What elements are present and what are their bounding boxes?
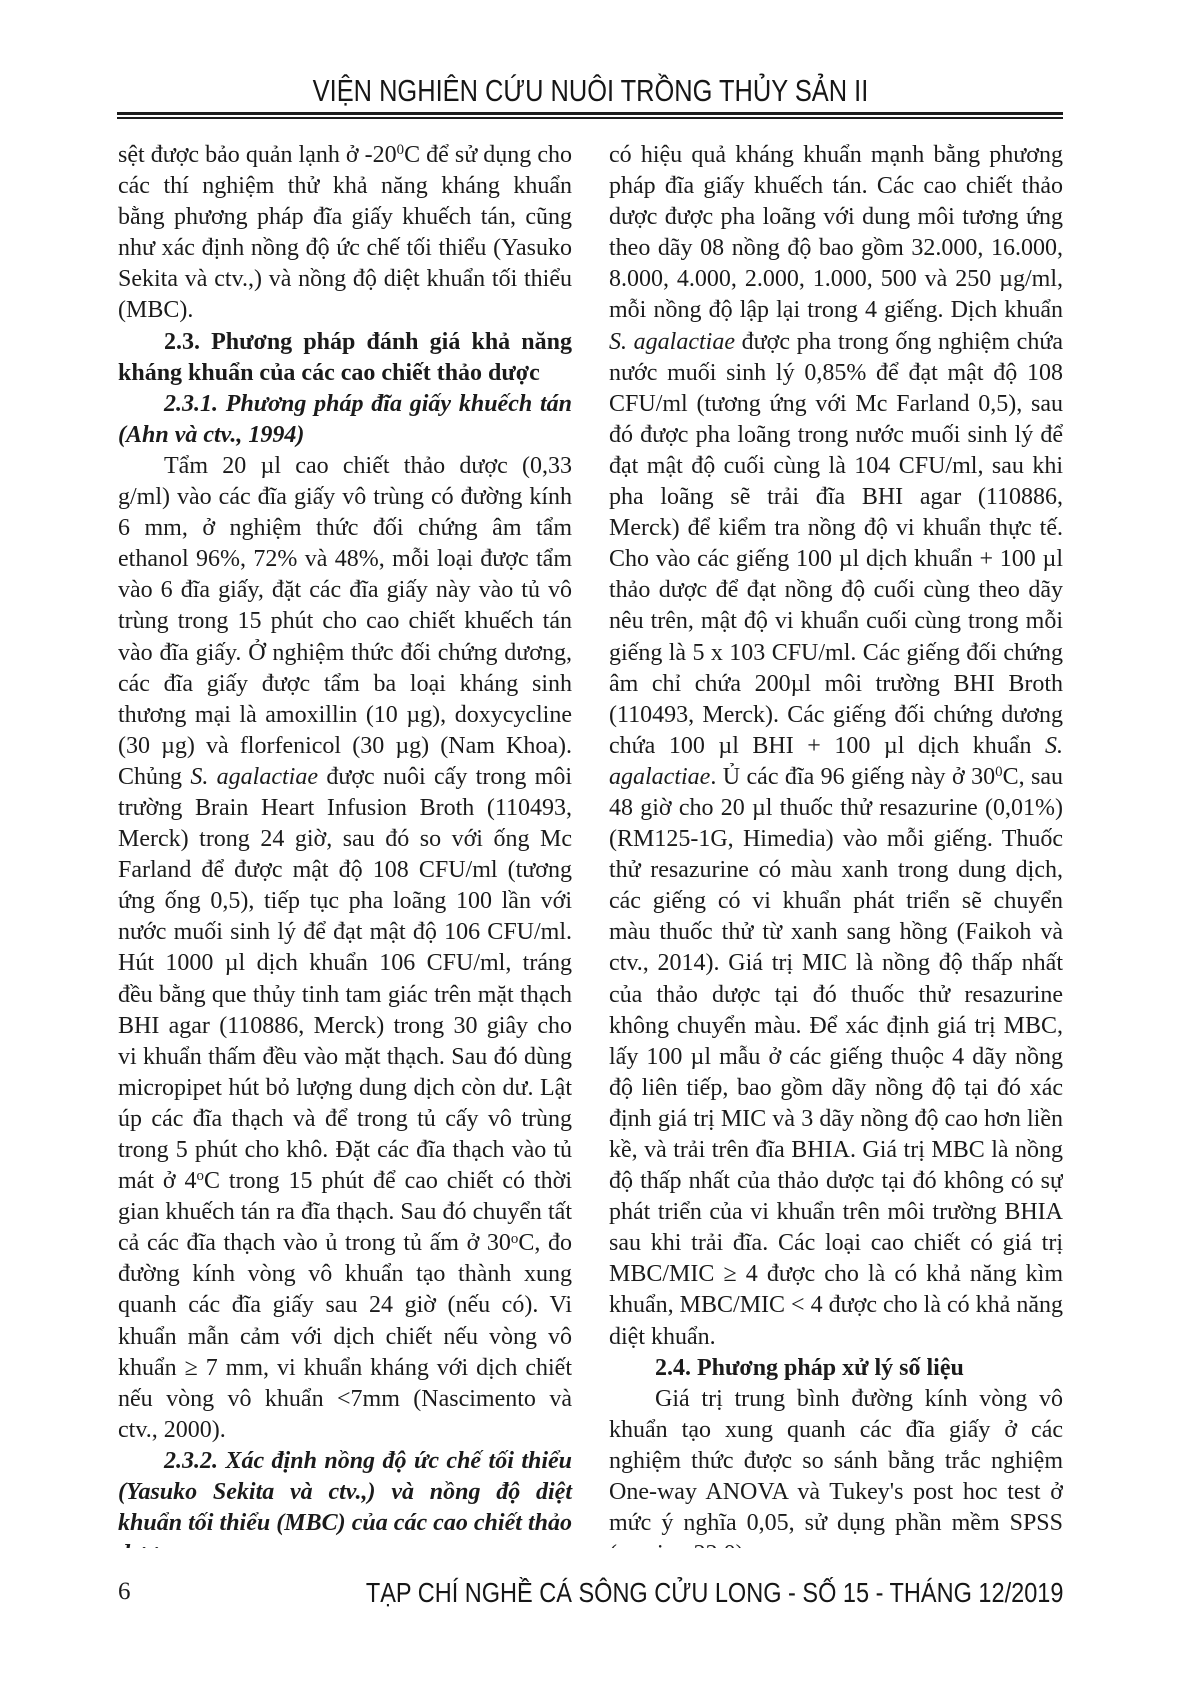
text-run: . Ủ các đĩa 96 giếng này ở 30 (710, 764, 995, 790)
text-run: 2.4. Phương pháp xử lý số liệu (655, 1355, 964, 1381)
text-run: C, đo đường kính vòng vô khuẩn tạo thành… (118, 1230, 572, 1443)
para-storage-continuation: sệt được bảo quản lạnh ở -200C để sử dụn… (118, 140, 572, 327)
journal-page: VIỆN NGHIÊN CỨU NUÔI TRỒNG THỦY SẢN II s… (0, 0, 1181, 1683)
two-column-text-block: sệt được bảo quản lạnh ở -200C để sử dụn… (118, 140, 1063, 1548)
left-column: sệt được bảo quản lạnh ở -200C để sử dụn… (118, 140, 572, 1548)
superscript-run: o (197, 1168, 204, 1184)
heading-2-3: 2.3. Phương pháp đánh giá khả năng kháng… (118, 327, 572, 389)
text-run: C, sau 48 giờ cho 20 µl thuốc thử resazu… (609, 764, 1063, 1350)
superscript-run: 0 (995, 764, 1002, 780)
text-run: C để sử dụng cho các thí nghiệm thử khả … (118, 142, 572, 323)
text-run: có hiệu quả kháng khuẩn mạnh bằng phương… (609, 142, 1063, 323)
superscript-run: o (511, 1231, 518, 1247)
text-run: 2.3. Phương pháp đánh giá khả năng kháng… (118, 329, 572, 386)
text-run: Giá trị trung bình đường kính vòng vô kh… (609, 1386, 1063, 1548)
footer-journal-title: TẠP CHÍ NGHỀ CÁ SÔNG CỬU LONG - SỐ 15 - … (365, 1578, 1063, 1608)
page-header-title: VIỆN NGHIÊN CỨU NUÔI TRỒNG THỦY SẢN II (203, 74, 978, 108)
right-column: có hiệu quả kháng khuẩn mạnh bằng phương… (609, 140, 1063, 1548)
heading-2-3-2: 2.3.2. Xác định nồng độ ức chế tối thiểu… (118, 1446, 572, 1548)
text-run: sệt được bảo quản lạnh ở -20 (118, 142, 397, 168)
para-statistics: Giá trị trung bình đường kính vòng vô kh… (609, 1384, 1063, 1548)
para-disc-diffusion-method: Tẩm 20 µl cao chiết thảo dược (0,33 g/ml… (118, 451, 572, 1446)
text-run: 2.3.2. Xác định nồng độ ức chế tối thiểu… (118, 1448, 572, 1548)
footer-page-number: 6 (118, 1577, 131, 1607)
heading-2-4: 2.4. Phương pháp xử lý số liệu (609, 1353, 1063, 1384)
heading-2-3-1: 2.3.1. Phương pháp đĩa giấy khuếch tán (… (118, 389, 572, 451)
text-run: được pha trong ống nghiệm chứa nước muối… (609, 329, 1063, 759)
italic-species-run: S. agalactiae (609, 329, 735, 355)
italic-species-run: S. agalactiae (190, 764, 318, 790)
header-double-rule (117, 112, 1063, 119)
text-run: Tẩm 20 µl cao chiết thảo dược (0,33 g/ml… (118, 453, 572, 790)
text-run: được nuôi cấy trong môi trường Brain Hea… (118, 764, 572, 1194)
text-run: 2.3.1. Phương pháp đĩa giấy khuếch tán (… (118, 391, 572, 448)
superscript-run: 0 (397, 142, 404, 158)
para-mic-mbc-continuation: có hiệu quả kháng khuẩn mạnh bằng phương… (609, 140, 1063, 1353)
